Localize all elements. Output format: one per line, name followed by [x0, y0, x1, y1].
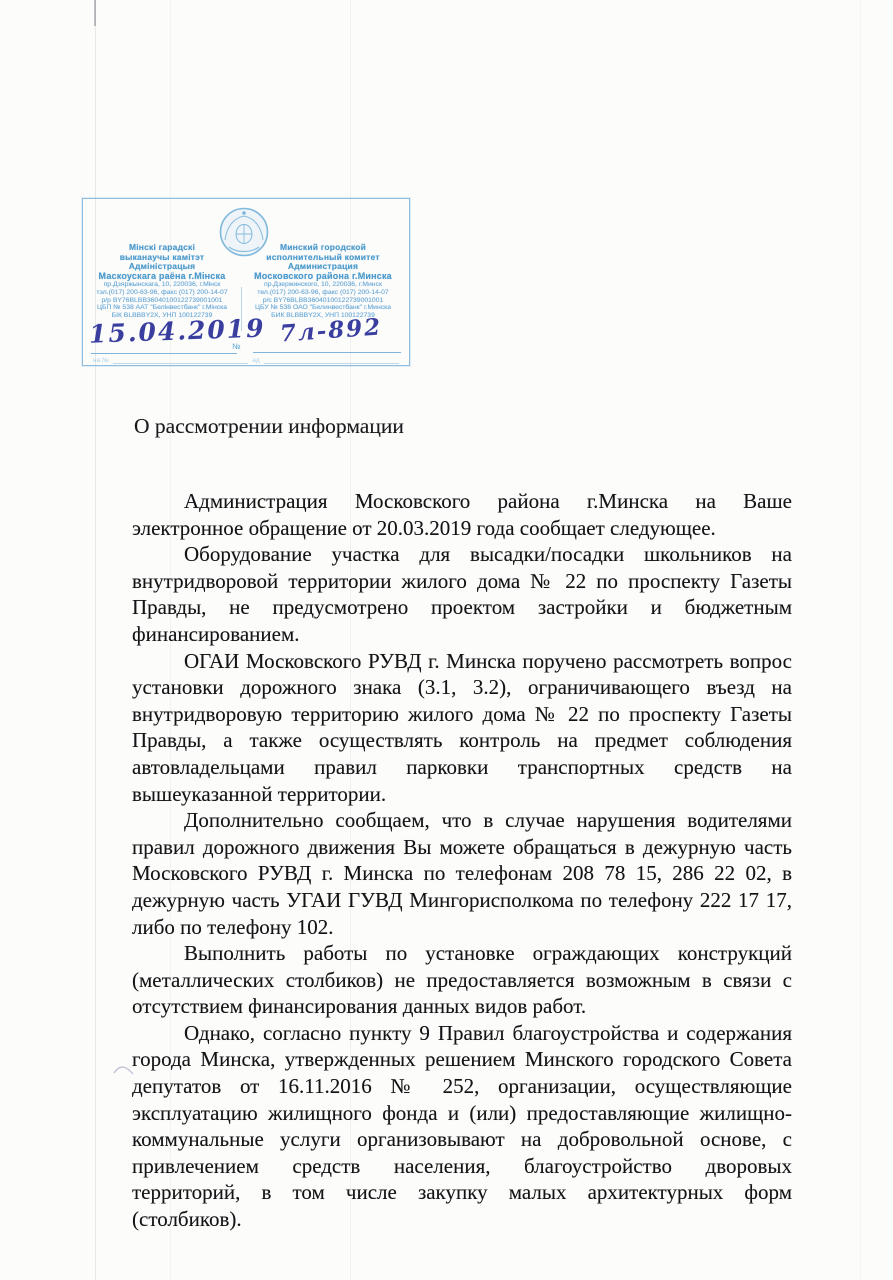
- stamp-phone-line: тэл.(017) 200-63-96, факс (017) 200-14-0…: [85, 289, 239, 297]
- stamp-russian-column: Минский городской исполнительный комитет…: [243, 243, 403, 320]
- stamp-footer-row: на № ад: [93, 357, 399, 364]
- letter-body: Администрация Московского района г.Минск…: [132, 488, 792, 1233]
- stamp-belarusian-column: Мінскі гарадскі выканаучы камітэт Адміні…: [85, 243, 239, 320]
- document-subject-title: О рассмотрении информации: [134, 414, 404, 439]
- handwritten-date: 15.04.2019: [89, 314, 246, 348]
- stamp-phone-line: тел.(017) 200-63-96, факс (017) 200-14-0…: [243, 289, 403, 297]
- scan-edge-mark: [94, 0, 96, 26]
- scanned-letter-page: Мінскі гарадскі выканаучы камітэт Адміні…: [0, 0, 893, 1280]
- body-paragraph: Выполнить работы по установке ограждающи…: [132, 940, 792, 1020]
- stamp-address-line: пр.Дзяржынскага, 10, 220036, г.Мінск: [85, 281, 239, 289]
- number-underline: [253, 352, 401, 353]
- scan-fold-line: [860, 0, 861, 1280]
- date-underline: [91, 353, 237, 354]
- footer-right-label: ад: [252, 357, 259, 364]
- footer-blank-line: [113, 357, 248, 364]
- stamp-address-line: пр.Дзержинского, 10, 220036, г.Минск: [243, 281, 403, 289]
- scan-fold-line: [95, 0, 96, 1280]
- body-paragraph: Администрация Московского района г.Минск…: [132, 488, 792, 541]
- body-paragraph: Оборудование участка для высадки/посадки…: [132, 541, 792, 647]
- registration-stamp: Мінскі гарадскі выканаучы камітэт Адміні…: [82, 198, 410, 366]
- body-paragraph: Однако, согласно пункту 9 Правил благоус…: [132, 1020, 792, 1233]
- body-paragraph: ОГАИ Московского РУВД г. Минска поручено…: [132, 648, 792, 808]
- body-paragraph: Дополнительно сообщаем, что в случае нар…: [132, 807, 792, 940]
- footer-blank-line: [264, 357, 399, 364]
- number-sign-label: №: [232, 342, 241, 351]
- stamp-org-name: Московского района г.Минска: [243, 272, 403, 282]
- stamp-org-name: Маскоускага раёна г.Мінска: [85, 272, 239, 282]
- footer-left-label: на №: [93, 357, 109, 364]
